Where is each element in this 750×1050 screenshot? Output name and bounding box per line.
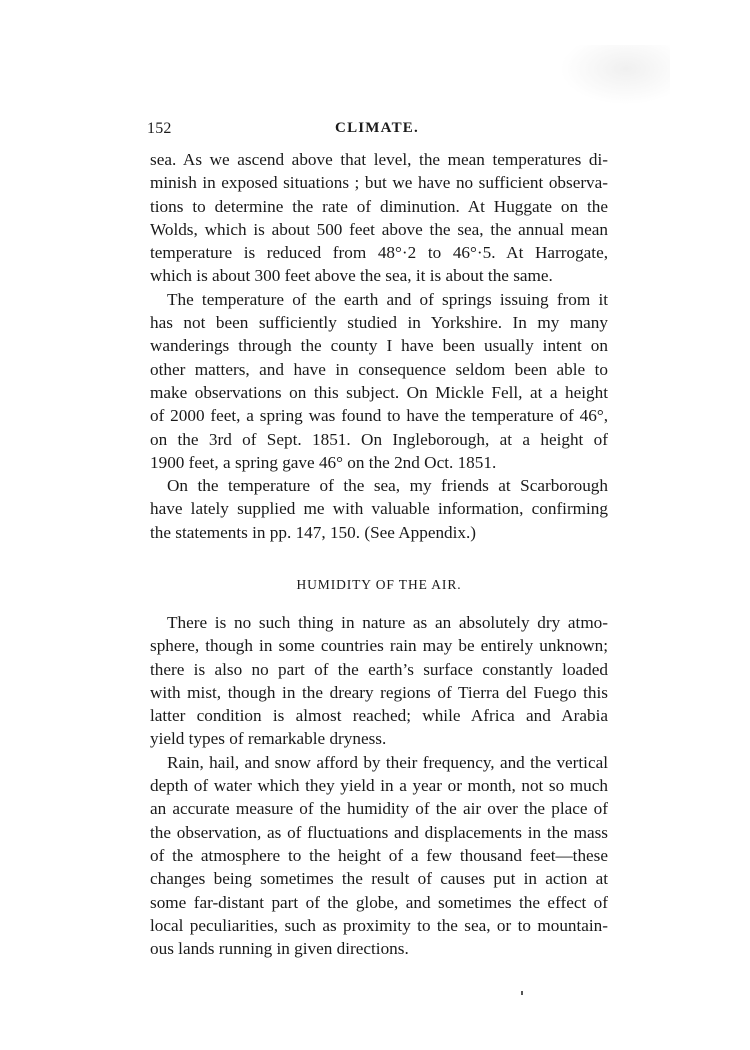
text-line: of the atmosphere to the height of a few… bbox=[150, 844, 608, 867]
paragraph: The temperature of the earth and of spri… bbox=[150, 288, 608, 474]
book-page: 152 CLIMATE. sea. As we ascend above tha… bbox=[0, 0, 750, 1050]
text-line: changes being sometimes the result of ca… bbox=[150, 867, 608, 890]
text-line: Wolds, which is about 500 feet above the… bbox=[150, 218, 608, 241]
text-line: which is about 300 feet above the sea, i… bbox=[150, 264, 608, 287]
text-line: of 2000 feet, a spring was found to have… bbox=[150, 404, 608, 427]
text-line: the observation, as of fluctuations and … bbox=[150, 821, 608, 844]
text-line: yield types of remarkable dryness. bbox=[150, 727, 608, 750]
scan-smudge bbox=[560, 45, 670, 105]
text-line: on the 3rd of Sept. 1851. On Ingleboroug… bbox=[150, 428, 608, 451]
text-line: ous lands running in given directions. bbox=[150, 937, 608, 960]
text-line: sphere, though in some countries rain ma… bbox=[150, 634, 608, 657]
text-line: sea. As we ascend above that level, the … bbox=[150, 148, 608, 171]
text-line: wanderings through the county I have bee… bbox=[150, 334, 608, 357]
paragraph: There is no such thing in nature as an a… bbox=[150, 611, 608, 751]
text-line: local peculiarities, such as proximity t… bbox=[150, 914, 608, 937]
text-line: The temperature of the earth and of spri… bbox=[150, 288, 608, 311]
section-humidity-body: There is no such thing in nature as an a… bbox=[150, 611, 608, 960]
text-line: an accurate measure of the humidity of t… bbox=[150, 797, 608, 820]
text-line: tions to determine the rate of diminutio… bbox=[150, 195, 608, 218]
running-head: 152 CLIMATE. bbox=[147, 120, 607, 142]
paragraph: Rain, hail, and snow afford by their fre… bbox=[150, 751, 608, 961]
text-line: 1900 feet, a spring gave 46° on the 2nd … bbox=[150, 451, 608, 474]
text-line: has not been sufficiently studied in Yor… bbox=[150, 311, 608, 334]
text-line: the statements in pp. 147, 150. (See App… bbox=[150, 521, 608, 544]
text-line: other matters, and have in consequence s… bbox=[150, 358, 608, 381]
paragraph: sea. As we ascend above that level, the … bbox=[150, 148, 608, 288]
paragraph: On the temperature of the sea, my friend… bbox=[150, 474, 608, 544]
running-title: CLIMATE. bbox=[147, 120, 607, 137]
text-line: On the temperature of the sea, my friend… bbox=[150, 474, 608, 497]
ink-speck bbox=[521, 991, 523, 995]
text-line: make observations on this subject. On Mi… bbox=[150, 381, 608, 404]
text-line: there is also no part of the earth’s sur… bbox=[150, 658, 608, 681]
text-line: temperature is reduced from 48°·2 to 46°… bbox=[150, 241, 608, 264]
section-climate-body: sea. As we ascend above that level, the … bbox=[150, 148, 608, 544]
text-line: some far-distant part of the globe, and … bbox=[150, 891, 608, 914]
text-line: depth of water which they yield in a yea… bbox=[150, 774, 608, 797]
text-line: have lately supplied me with valuable in… bbox=[150, 497, 608, 520]
text-line: latter condition is almost reached; whil… bbox=[150, 704, 608, 727]
text-line: with mist, though in the dreary regions … bbox=[150, 681, 608, 704]
text-line: Rain, hail, and snow afford by their fre… bbox=[150, 751, 608, 774]
section-heading: HUMIDITY OF THE AIR. bbox=[150, 577, 608, 593]
text-line: There is no such thing in nature as an a… bbox=[150, 611, 608, 634]
text-line: minish in exposed situations ; but we ha… bbox=[150, 171, 608, 194]
